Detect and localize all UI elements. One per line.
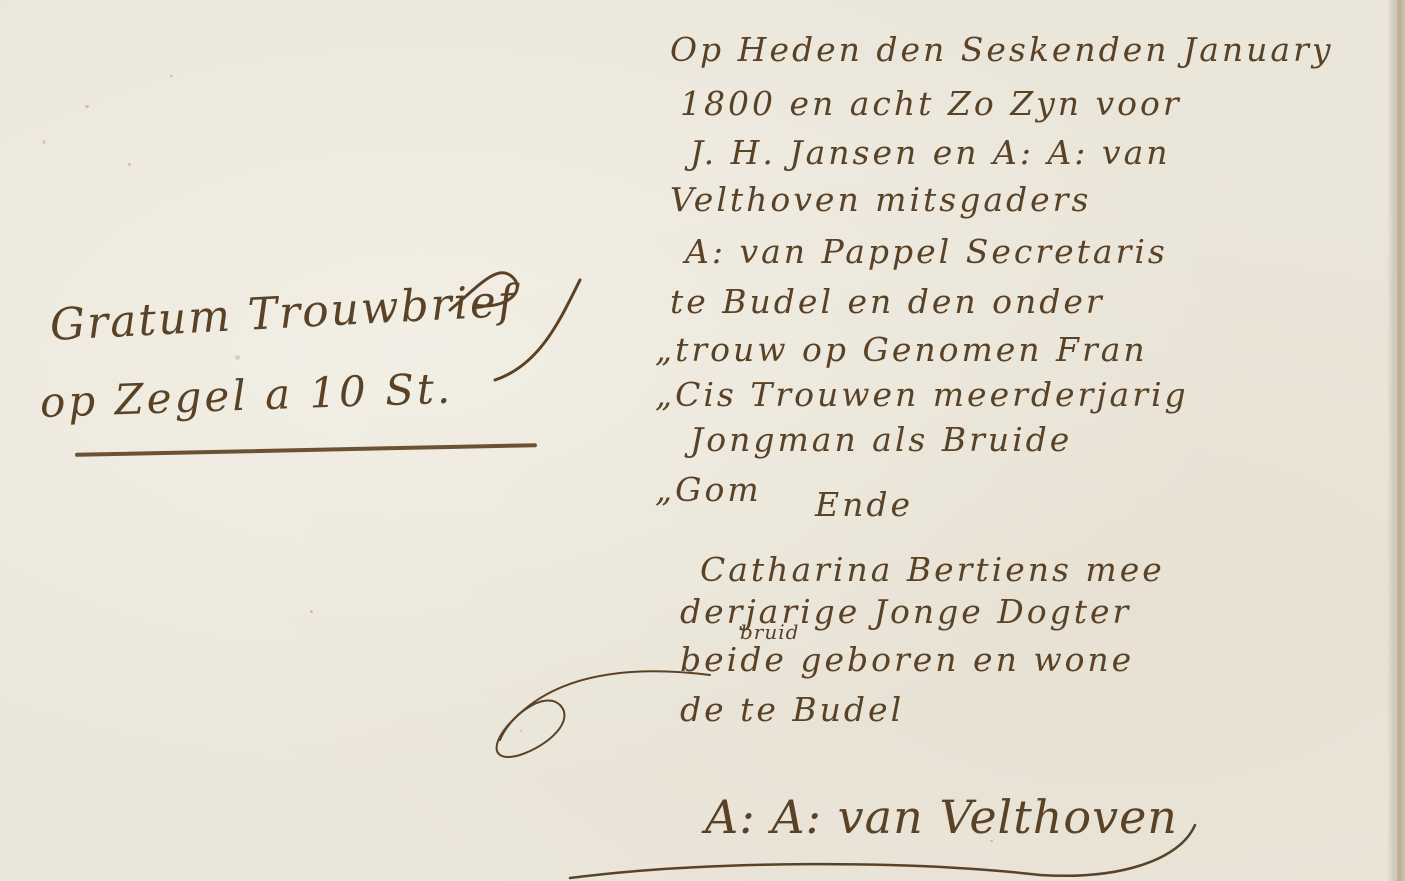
entry-line-9: Jongman als Bruide [690, 420, 1072, 459]
paper-fleck [43, 140, 45, 144]
margin-note-underline [75, 443, 537, 457]
paper-fleck [128, 163, 131, 166]
entry-line-5: A: van Pappel Secretaris [685, 232, 1168, 271]
signature-underline-flourish [560, 820, 1200, 881]
entry-line-4: Velthoven mitsgaders [670, 180, 1091, 219]
entry-line-14: beide geboren en wone [680, 640, 1134, 679]
loop-flourish [480, 660, 720, 770]
entry-line-11: Ende [815, 485, 913, 524]
entry-line-8: „Cis Trouwen meerderjarig [655, 375, 1189, 414]
paper-fleck [235, 355, 240, 360]
entry-line-12: Catharina Bertiens mee [700, 550, 1165, 589]
entry-line-10: „Gom [655, 470, 762, 509]
margin-flourish [440, 265, 590, 395]
entry-line-7: „trouw op Genomen Fran [655, 330, 1148, 369]
page-edge [1395, 0, 1405, 881]
paper-fleck [170, 75, 173, 77]
entry-line-6: te Budel en den onder [670, 282, 1105, 321]
paper-fleck [310, 610, 313, 613]
entry-line-3: J. H. Jansen en A: A: van [690, 133, 1171, 172]
entry-line-1: Op Heden den Seskenden January [670, 30, 1334, 69]
margin-note-line-2: op Zegel a 10 St. [39, 364, 454, 427]
page-edge-shadow [1387, 0, 1395, 881]
entry-line-2: 1800 en acht Zo Zyn voor [680, 84, 1182, 123]
document-page: Gratum Trouwbrief op Zegel a 10 St. Op H… [0, 0, 1405, 881]
paper-fleck [85, 105, 89, 108]
